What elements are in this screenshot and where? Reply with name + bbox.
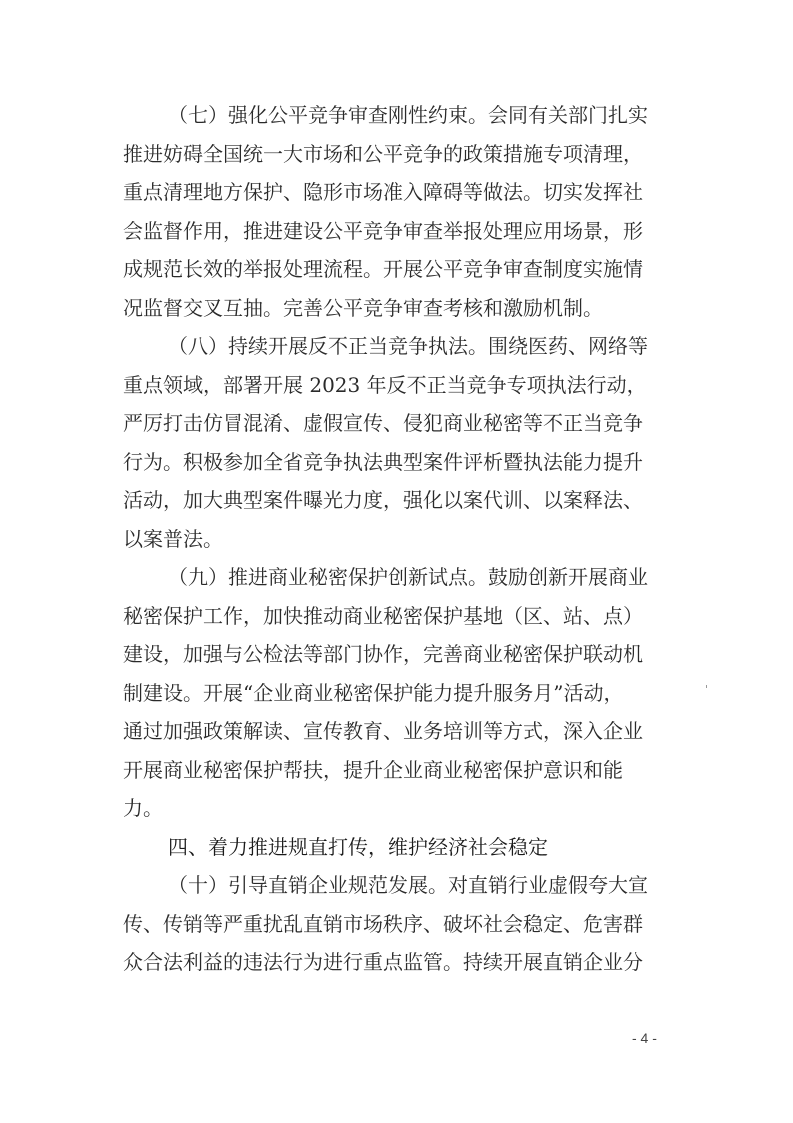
- text-line: 以案普法。: [123, 520, 585, 559]
- section-heading: 四、着力推进规直打传，维护经济社会稳定: [123, 828, 585, 867]
- text-line: 力。: [123, 789, 585, 828]
- paragraph-10: （十）引导直销企业规范发展。对直销行业虚假夸大宣 传、传销等严重扰乱直销市场秩序…: [123, 866, 585, 982]
- text-line: 通过加强政策解读、宣传教育、业务培训等方式，深入企业: [123, 712, 585, 751]
- text-line: 众合法利益的违法行为进行重点监管。持续开展直销企业分: [123, 943, 585, 982]
- page-number: - 4 -: [632, 1030, 657, 1046]
- text-line: 开展商业秘密保护帮扶，提升企业商业秘密保护意识和能: [123, 751, 585, 790]
- text-line: （九）推进商业秘密保护创新试点。鼓励创新开展商业: [123, 558, 585, 597]
- paragraph-8: （八）持续开展反不正当竞争执法。围绕医药、网络等 重点领域，部署开展 2023 …: [123, 327, 585, 558]
- text-line: 建设，加强与公检法等部门协作，完善商业秘密保护联动机: [123, 635, 585, 674]
- text-line: 活动，加大典型案件曝光力度，强化以案代训、以案释法、: [123, 481, 585, 520]
- paragraph-7: （七）强化公平竞争审查刚性约束。会同有关部门扎实 推进妨碍全国统一大市场和公平竞…: [123, 96, 585, 327]
- body-text: （七）强化公平竞争审查刚性约束。会同有关部门扎实 推进妨碍全国统一大市场和公平竞…: [123, 96, 585, 982]
- text-line: 成规范长效的举报处理流程。开展公平竞争审查制度实施情: [123, 250, 585, 289]
- text-line: （十）引导直销企业规范发展。对直销行业虚假夸大宣: [123, 866, 585, 905]
- text-line: 传、传销等严重扰乱直销市场秩序、破坏社会稳定、危害群: [123, 905, 585, 944]
- text-line: 会监督作用，推进建设公平竞争审查举报处理应用场景，形: [123, 212, 585, 251]
- text-line: 制建设。开展“企业商业秘密保护能力提升服务月”活动，: [123, 674, 585, 713]
- text-line: 严厉打击仿冒混淆、虚假宣传、侵犯商业秘密等不正当竞争: [123, 404, 585, 443]
- text-line: 况监督交叉互抽。完善公平竞争审查考核和激励机制。: [123, 289, 585, 328]
- text-line: 重点领域，部署开展 2023 年反不正当竞争专项执法行动，: [123, 366, 585, 405]
- text-line: 推进妨碍全国统一大市场和公平竞争的政策措施专项清理，: [123, 135, 585, 174]
- text-line: 重点清理地方保护、隐形市场准入障碍等做法。切实发挥社: [123, 173, 585, 212]
- text-line: （八）持续开展反不正当竞争执法。围绕医药、网络等: [123, 327, 585, 366]
- text-line: （七）强化公平竞争审查刚性约束。会同有关部门扎实: [123, 96, 585, 135]
- text-line: 秘密保护工作，加快推动商业秘密保护基地（区、站、点）: [123, 597, 585, 636]
- scan-artifact: [706, 685, 707, 688]
- document-page: （七）强化公平竞争审查刚性约束。会同有关部门扎实 推进妨碍全国统一大市场和公平竞…: [0, 0, 793, 1123]
- text-line: 行为。积极参加全省竞争执法典型案件评析暨执法能力提升: [123, 443, 585, 482]
- paragraph-9: （九）推进商业秘密保护创新试点。鼓励创新开展商业 秘密保护工作，加快推动商业秘密…: [123, 558, 585, 828]
